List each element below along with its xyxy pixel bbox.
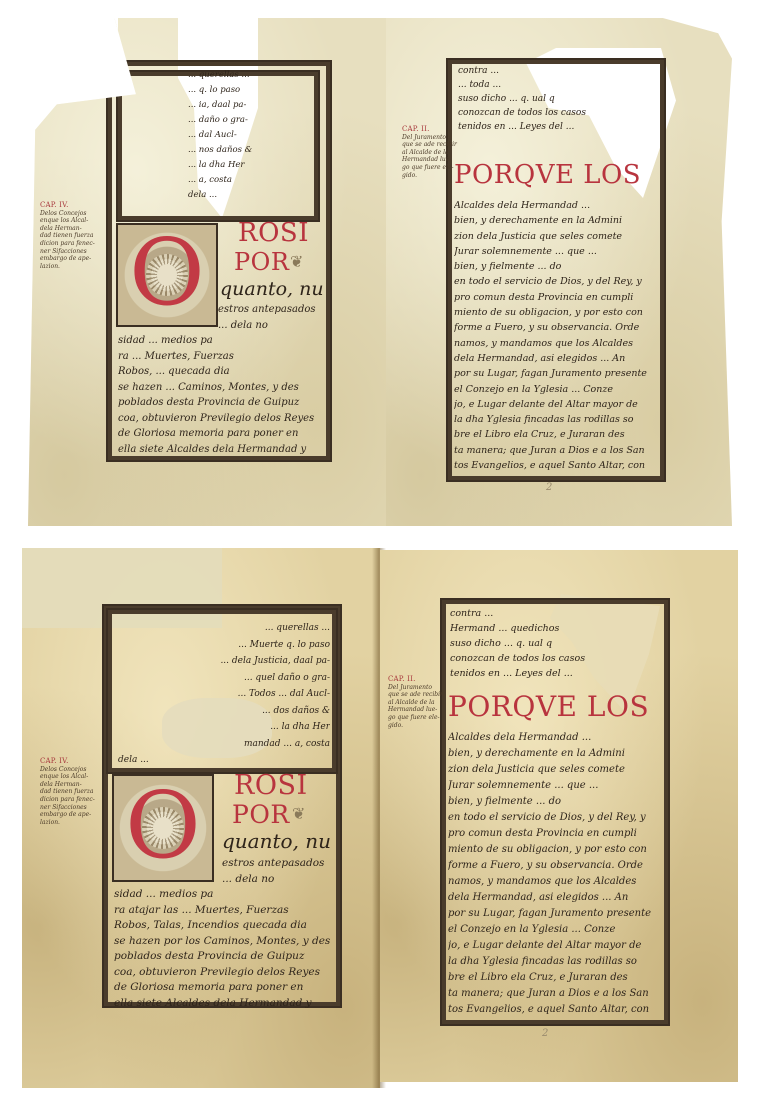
spread-after-restoration: ... querellas ... ... Muerte q. lo paso …: [0, 540, 768, 1094]
rubric-heading: PORQVE LOS: [454, 160, 641, 190]
body-text: estros antepasados ... dela no sidad ...…: [118, 302, 324, 457]
margin-note-chapter-ii: CAP. II. Del Juramento que se ade recibi…: [402, 126, 457, 179]
flourish-ornament: ❦: [292, 804, 305, 823]
upper-text-lines: ... querellas ... ... Muerte q. lo paso …: [118, 620, 330, 769]
margin-note-chapter-iv: CAP. IV. Delos Concejos enque los Alcal-…: [40, 758, 95, 826]
right-page-before: contra ... ... toda ... suso dicho ... q…: [386, 18, 732, 526]
rubric-line-2: POR: [232, 800, 290, 829]
rubric-line-1: ROSI: [238, 218, 309, 248]
lead-words: quanto, nu: [222, 832, 331, 852]
margin-note-chapter-ii: CAP. II. Del Juramento que se ade recibi…: [388, 676, 443, 729]
upper-text-lines: contra ... ... toda ... suso dicho ... q…: [458, 64, 608, 134]
folio-mark: 2: [546, 482, 552, 493]
spread-before-restoration: ... querellas ... ... q. lo paso ... ia,…: [0, 0, 768, 530]
body-text: Alcaldes dela Hermandad ... bien, y dere…: [454, 198, 658, 473]
rubric-line-1: ROSI: [234, 770, 308, 801]
body-text: estros antepasados ... dela no sidad ...…: [114, 856, 334, 1011]
left-page-after: ... querellas ... ... Muerte q. lo paso …: [22, 548, 380, 1088]
folio-mark: 2: [542, 1028, 548, 1039]
flourish-ornament: ❦: [290, 252, 303, 271]
margin-note-chapter-iv: CAP. IV. Delos Concejos enque los Alcal-…: [40, 202, 95, 270]
missing-area: [28, 18, 118, 88]
body-text: Alcaldes dela Hermandad ... bien, y dere…: [448, 730, 662, 1018]
lead-words: quanto, nu: [220, 280, 324, 300]
rubric-heading: PORQVE LOS: [448, 690, 649, 723]
upper-text-lines: ... querellas ... ... q. lo paso ... ia,…: [188, 68, 318, 203]
upper-text-lines: contra ... Hermand ... quedichos suso di…: [450, 606, 630, 681]
left-page-before: ... querellas ... ... q. lo paso ... ia,…: [28, 18, 388, 526]
right-page-after: contra ... Hermand ... quedichos suso di…: [380, 550, 738, 1082]
rubric-line-2: POR: [234, 248, 289, 276]
